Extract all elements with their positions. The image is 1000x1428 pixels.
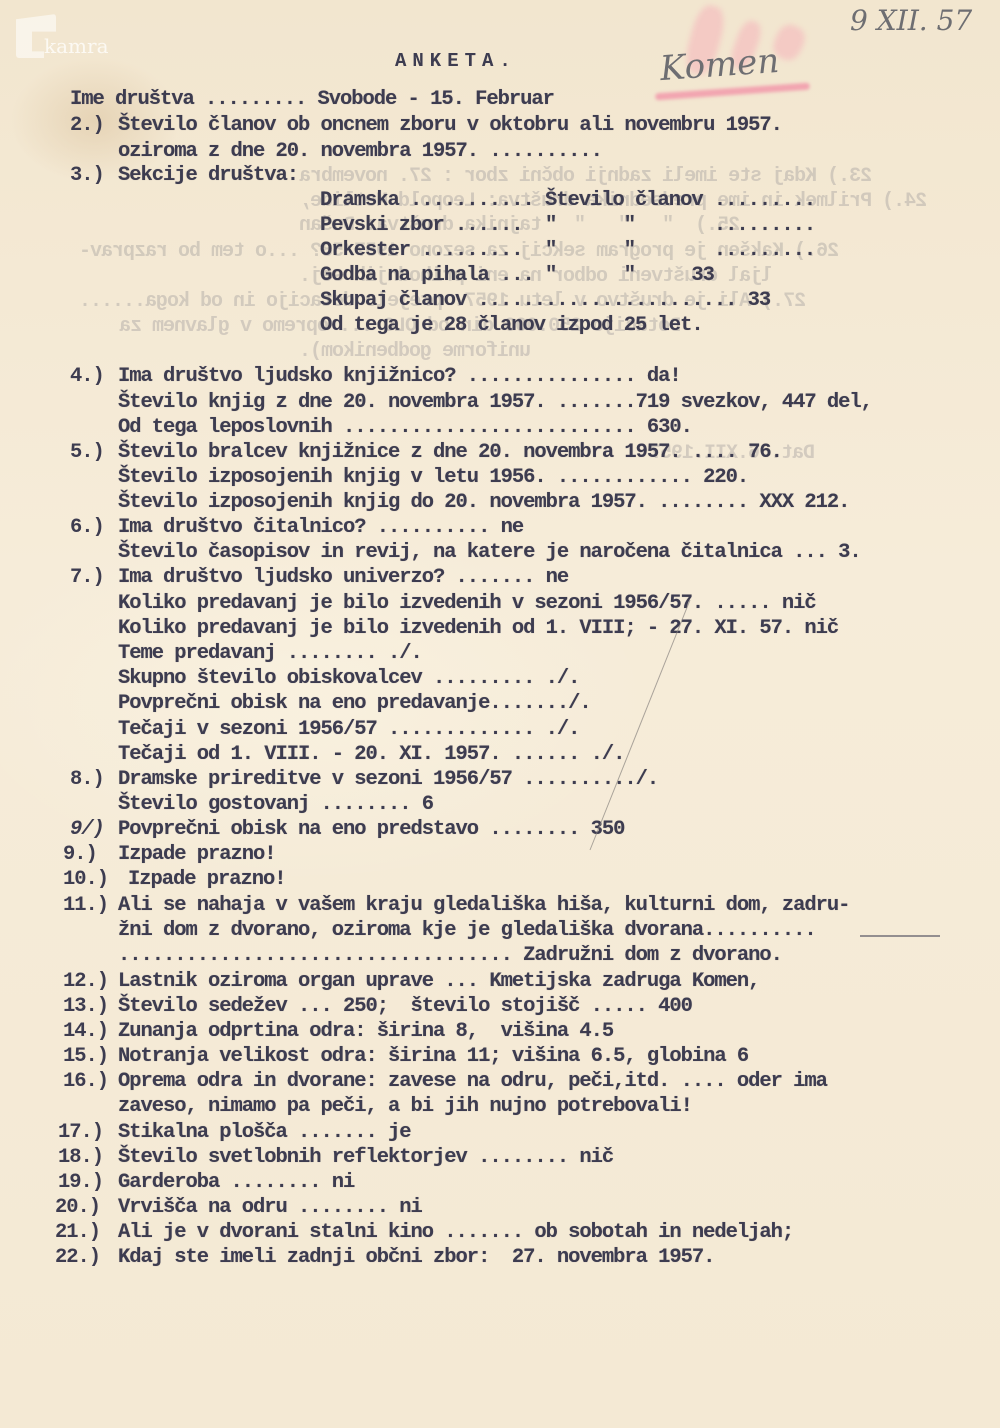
pencil-diagonal-strike [590, 600, 690, 850]
pencil-marks [0, 0, 1000, 1428]
